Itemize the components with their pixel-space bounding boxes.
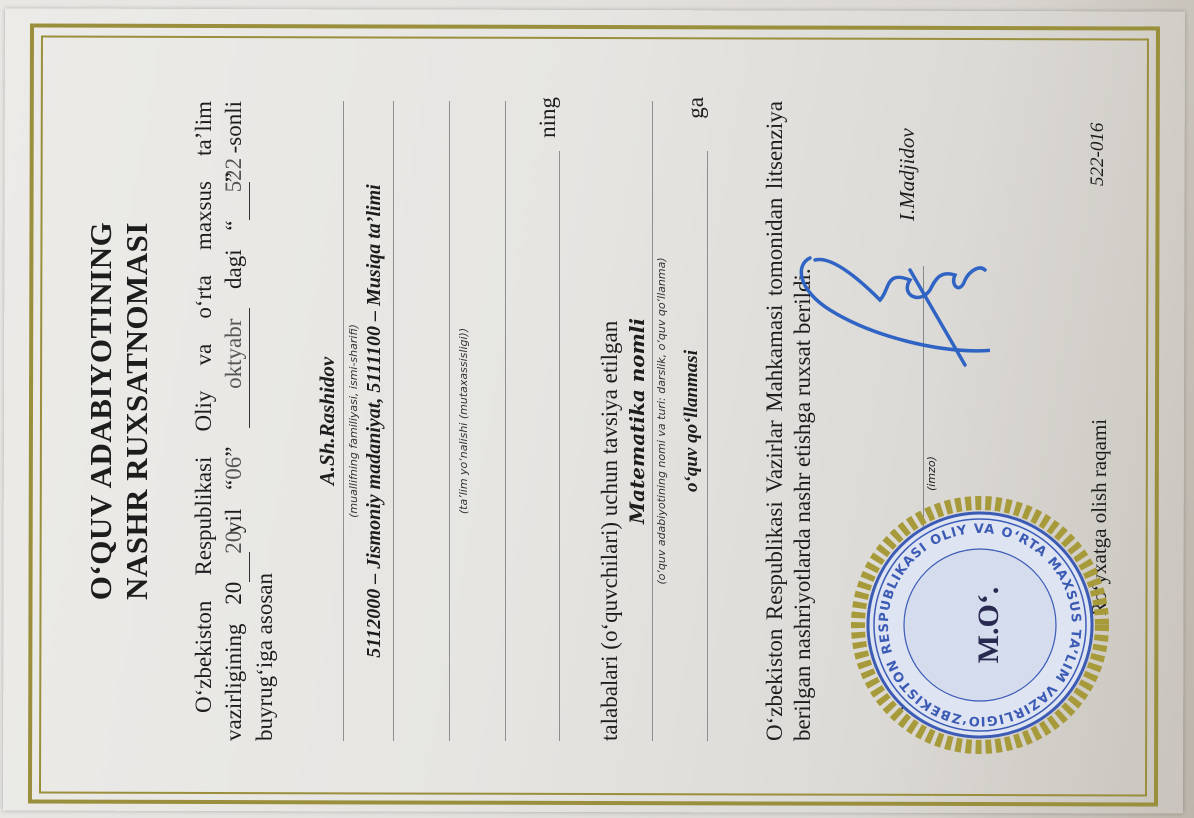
signature-hint: (imzo) [925, 456, 938, 491]
registration-number: 522-016 [1087, 123, 1109, 186]
specialty-line-4 [559, 151, 560, 741]
title-line-1: O‘QUV ADABIYOTINING [83, 41, 119, 781]
order-number-field: 522 [219, 182, 250, 220]
author-hint: (muallifning familiyasi, ismi-sharifi) [347, 61, 360, 781]
suffix-ning: ning [535, 97, 561, 138]
title-line-2: NASHR RUXSATNOMASI [119, 41, 155, 781]
document-title: O‘QUV ADABIYOTINING NASHR RUXSATNOMASI [83, 41, 155, 781]
book-hint: (o‘quv adabiyotining nomi va turi: darsl… [655, 61, 668, 781]
students-line: talabalari (o‘quvchilari) uchun tavsiya … [597, 321, 623, 741]
specialty-value: 5112000 – Jismoniy madaniyat, 5111100 – … [363, 61, 386, 781]
specialty-line-2 [449, 101, 450, 741]
day-field: 06 [221, 457, 246, 480]
seal-center-text: M.O‘. [972, 587, 1005, 664]
signature-icon [790, 250, 990, 370]
permission-paragraph: O‘zbekiston Respublikasi Vazirlar Mahkam… [761, 101, 817, 741]
book-type-line [707, 151, 708, 741]
intro-text: ” [221, 446, 246, 456]
intro-text: dagi “ [221, 220, 246, 289]
suffix-ga: ga [683, 97, 709, 119]
book-title: Matematika nomli [625, 61, 649, 781]
intro-paragraph: O‘zbekiston Respublikasi Oliy va o‘rta m… [189, 101, 280, 741]
month-field: oktyabr [219, 308, 250, 428]
author-name: A.Sh.Rashidov [315, 61, 340, 781]
intro-text: yil “ [221, 480, 246, 533]
specialty-line-1 [393, 101, 394, 741]
signatory-name: I.Madjidov [895, 128, 920, 221]
specialty-line-3 [505, 101, 506, 741]
book-type: o‘quv qo‘llanmasi [681, 61, 703, 781]
author-line [343, 101, 344, 741]
ministry-seal: O‘ZBEKISTON RESPUBLIKASI OLIY VA O‘RTA M… [850, 495, 1110, 755]
year-field: 20 [219, 552, 250, 582]
specialty-hint: (ta’lim yo‘nalishi (mutaxassisligi)) [457, 61, 470, 781]
book-line [652, 101, 653, 741]
